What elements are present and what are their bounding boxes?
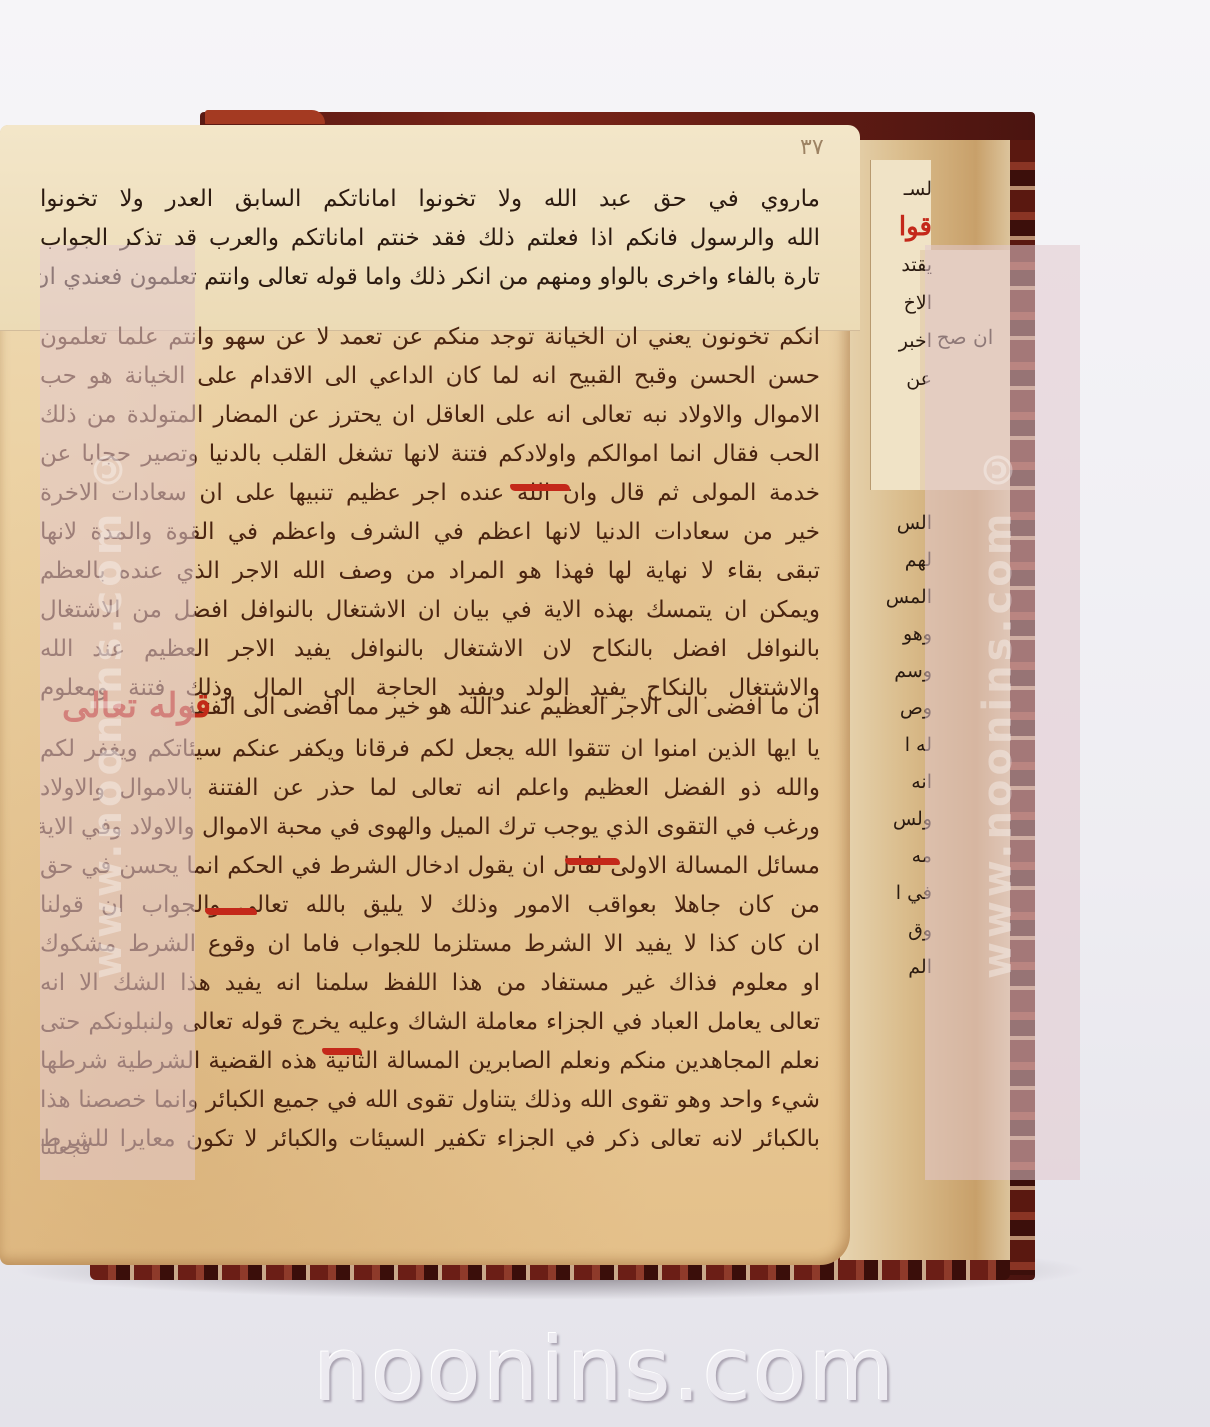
lower-line: له ا <box>872 727 932 764</box>
lower-line: انه <box>872 764 932 801</box>
right-page-lower-text: الس لهم المس وهو وسم وص له ا انه ولس مه … <box>872 505 932 986</box>
right-page-strip-text: لسـ قوا يقتد الاخ اخبر عن <box>872 170 932 398</box>
red-overline-mark <box>205 908 257 915</box>
watermark-bottom: noonins.com <box>0 1318 1210 1421</box>
lower-line: في ا <box>872 875 932 912</box>
lower-line: لهم <box>872 542 932 579</box>
lower-line: وهو <box>872 616 932 653</box>
red-overline-mark <box>565 858 620 865</box>
lower-line: وص <box>872 690 932 727</box>
lower-line: مه <box>872 838 932 875</box>
lower-line: ولس <box>872 801 932 838</box>
watermark-vertical-right: www.noonins.com © <box>975 260 1035 1160</box>
lower-line: المس <box>872 579 932 616</box>
lower-line: الس <box>872 505 932 542</box>
bookmark-ribbon <box>205 110 325 124</box>
text-line-heading-row: ان ما افضى الى الاجر العظيم عند الله هو … <box>190 688 820 727</box>
lower-line: الم <box>872 949 932 986</box>
folio-number: ٣٧ <box>800 135 824 160</box>
strip-line-red: قوا <box>872 208 932 246</box>
watermark-vertical-left: www.noonins.com © <box>85 260 145 1160</box>
text-line: ماروي في حق عبد الله ولا تخونوا اماناتكم… <box>40 180 820 219</box>
strip-line: عن <box>872 360 932 398</box>
strip-line: لسـ <box>872 170 932 208</box>
red-overline-mark <box>510 484 570 491</box>
strip-line: اخبر <box>872 322 932 360</box>
lower-line: وسم <box>872 653 932 690</box>
lower-line: وق <box>872 912 932 949</box>
red-overline-mark <box>322 1048 362 1055</box>
strip-line: الاخ <box>872 284 932 322</box>
text-line: ان ما افضى الى الاجر العظيم عند الله هو … <box>190 688 820 727</box>
strip-line: يقتد <box>872 246 932 284</box>
